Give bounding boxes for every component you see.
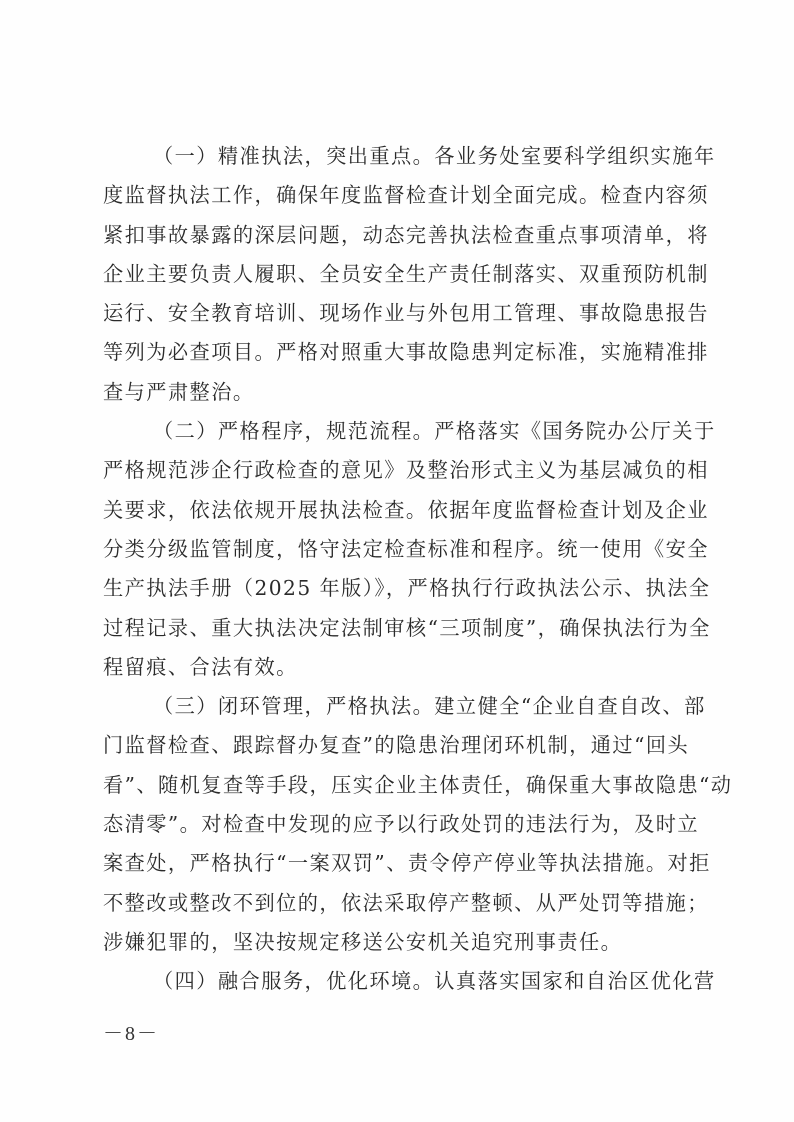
text-line: 关要求，依法依规开展执法检查。依据年度监督检查计划及企业 <box>103 491 693 530</box>
text-line: 等列为必查项目。严格对照重大事故隐患判定标准，实施精准排 <box>103 333 693 372</box>
body-text: （一）精准执法，突出重点。各业务处室要科学组织实施年 度监督执法工作，确保年度监… <box>103 137 693 1002</box>
text-line: 分类分级监管制度，恪守法定检查标准和程序。统一使用《安全 <box>103 530 693 569</box>
text-line: 紧扣事故暴露的深层问题，动态完善执法检查重点事项清单，将 <box>103 216 693 255</box>
text-line: 涉嫌犯罪的，坚决按规定移送公安机关追究刑事责任。 <box>103 923 693 962</box>
paragraph-2-strict-procedure: （二）严格程序，规范流程。严格落实《国务院办公厅关于 严格规范涉企行政检查的意见… <box>103 412 693 687</box>
text-line: 严格规范涉企行政检查的意见》及整治形式主义为基层减负的相 <box>103 451 693 490</box>
text-line: 运行、安全教育培训、现场作业与外包用工管理、事故隐患报告 <box>103 294 693 333</box>
text-line: 查与严肃整治。 <box>103 373 693 412</box>
paragraph-3-closed-loop-management: （三）闭环管理，严格执法。建立健全“企业自查自改、部 门监督检查、跟踪督办复查”… <box>103 687 693 962</box>
paragraph-1-precise-enforcement: （一）精准执法，突出重点。各业务处室要科学组织实施年 度监督执法工作，确保年度监… <box>103 137 693 412</box>
text-line: 过程记录、重大执法决定法制审核“三项制度”，确保执法行为全 <box>103 609 693 648</box>
text-line: 看”、随机复查等手段，压实企业主体责任，确保重大事故隐患“动 <box>103 766 693 805</box>
document-page: （一）精准执法，突出重点。各业务处室要科学组织实施年 度监督执法工作，确保年度监… <box>0 0 794 1122</box>
text-line: 企业主要负责人履职、全员安全生产责任制落实、双重预防机制 <box>103 255 693 294</box>
paragraph-4-integrated-service: （四）融合服务，优化环境。认真落实国家和自治区优化营 <box>103 962 693 1001</box>
text-line: 度监督执法工作，确保年度监督检查计划全面完成。检查内容须 <box>103 176 693 215</box>
text-line: 案查处，严格执行“一案双罚”、责令停产停业等执法措施。对拒 <box>103 844 693 883</box>
text-line: 生产执法手册（2025 年版）》，严格执行行政执法公示、执法全 <box>103 569 693 608</box>
text-line: （一）精准执法，突出重点。各业务处室要科学组织实施年 <box>103 137 693 176</box>
text-line: （三）闭环管理，严格执法。建立健全“企业自查自改、部 <box>103 687 693 726</box>
page-number: －8－ <box>103 1017 159 1046</box>
text-line: 不整改或整改不到位的，依法采取停产整顿、从严处罚等措施； <box>103 884 693 923</box>
text-line: （二）严格程序，规范流程。严格落实《国务院办公厅关于 <box>103 412 693 451</box>
text-line: 程留痕、合法有效。 <box>103 648 693 687</box>
text-line: 门监督检查、跟踪督办复查”的隐患治理闭环机制，通过“回头 <box>103 726 693 765</box>
text-line: （四）融合服务，优化环境。认真落实国家和自治区优化营 <box>103 962 693 1001</box>
text-line: 态清零”。对检查中发现的应予以行政处罚的违法行为，及时立 <box>103 805 693 844</box>
